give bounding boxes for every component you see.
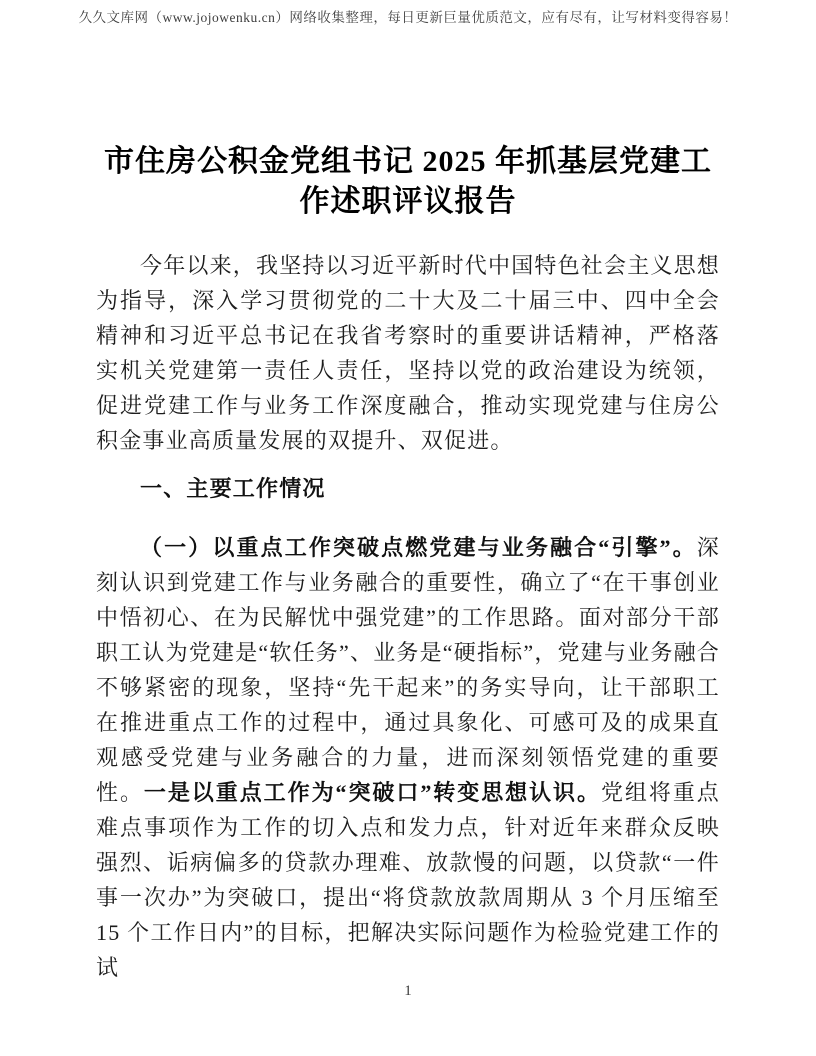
section-heading-main-work: 一、主要工作情况 <box>96 471 720 506</box>
paragraph-subsection-1: （一）以重点工作突破点燃党建与业务融合“引擎”。深刻认识到党建工作与业务融合的重… <box>96 530 720 985</box>
header-watermark-notice: 久久文库网（www.jojowenku.cn）网络收集整理，每日更新巨量优质范文… <box>0 6 816 26</box>
document-title: 市住房公积金党组书记 2025 年抓基层党建工 作述职评议报告 <box>96 142 720 222</box>
paragraph-intro: 今年以来，我坚持以习近平新时代中国特色社会主义思想为指导，深入学习贯彻党的二十大… <box>96 248 720 458</box>
document-content: 市住房公积金党组书记 2025 年抓基层党建工 作述职评议报告 今年以来，我坚持… <box>0 142 816 985</box>
document-title-line1: 市住房公积金党组书记 2025 年抓基层党建工 <box>96 142 720 182</box>
subsection-1-text-b: 党组将重点难点事项作为工作的切入点和发力点，针对近年来群众反映强烈、诟病偏多的贷… <box>96 780 720 980</box>
subsection-1-text-a: 深刻认识到党建工作与业务融合的重要性，确立了“在干事创业中悟初心、在为民解忧中强… <box>96 535 720 805</box>
document-title-line2: 作述职评议报告 <box>96 182 720 222</box>
subsection-1-point-1-lead-bold: 一是以重点工作为“突破口”转变思想认识。 <box>144 780 601 805</box>
document-page: 久久文库网（www.jojowenku.cn）网络收集整理，每日更新巨量优质范文… <box>0 0 816 1056</box>
page-number: 1 <box>0 983 816 1000</box>
subsection-1-lead-bold: （一）以重点工作突破点燃党建与业务融合“引擎”。 <box>140 535 697 560</box>
